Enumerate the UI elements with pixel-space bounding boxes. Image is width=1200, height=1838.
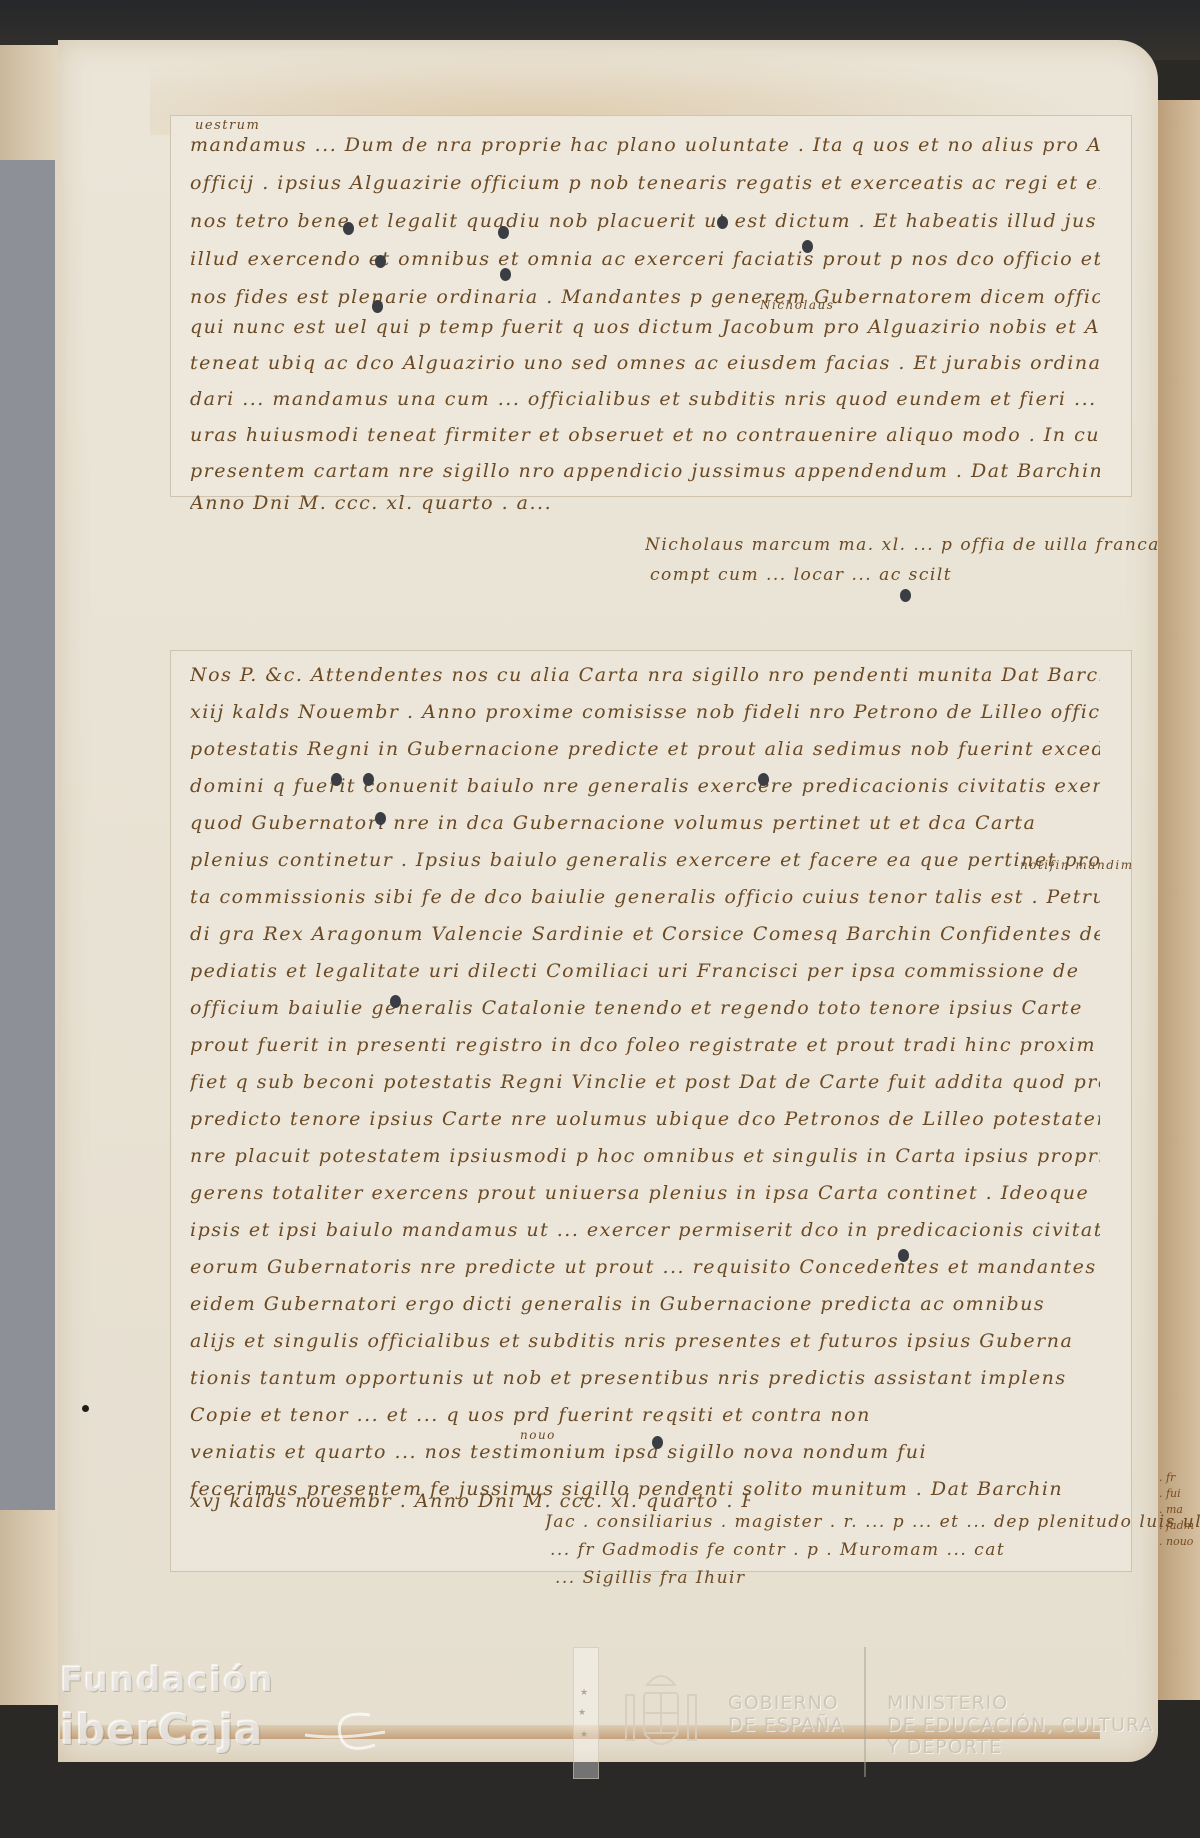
bottom-dark-background <box>0 1750 1200 1838</box>
text-line: presentem cartam nre sigillo nro appendi… <box>190 456 1100 486</box>
text-line: uras huiusmodi teneat firmiter et obseru… <box>190 420 1100 450</box>
spain-coat-of-arms-icon <box>622 1665 700 1755</box>
text-line: gerens totaliter exercens prout uniuersa… <box>190 1178 1100 1208</box>
text-line: qui nunc est uel qui p temp fuerit q uos… <box>190 312 1100 342</box>
watermark-divider <box>864 1647 866 1777</box>
worm-hole <box>652 1436 663 1449</box>
text-line: potestatis Regni in Gubernacione predict… <box>190 734 1100 764</box>
spain-flag-stars-icon: ★ ★ ★ <box>573 1647 599 1779</box>
worm-hole <box>717 216 728 229</box>
text-line: Nos P. &c. Attendentes nos cu alia Carta… <box>190 660 1100 690</box>
text-line: prout fuerit in presenti registro in dco… <box>190 1030 1100 1060</box>
ibercaja-logo-icon <box>300 1700 390 1760</box>
text-line: nre placuit potestatem ipsiusmodi p hoc … <box>190 1141 1100 1171</box>
worm-hole <box>375 255 386 268</box>
subscription-line: ... fr Gadmodis fe contr . p . Muromam .… <box>550 1540 1005 1560</box>
text-line: predicto tenore ipsius Carte nre uolumus… <box>190 1104 1100 1134</box>
text-line: alijs et singulis officialibus et subdit… <box>190 1326 1100 1356</box>
watermark-ministry: MINISTERIO DE EDUCACIÓN, CULTURA Y DEPOR… <box>887 1692 1153 1758</box>
text-line: di gra Rex Aragonum Valencie Sardinie et… <box>190 919 1100 949</box>
adjacent-folio-text: ... fr ... fui ... ma ... fadm ... nouo <box>1152 1470 1200 1550</box>
text-line: eorum Gubernatoris nre predicte ut prout… <box>190 1252 1100 1282</box>
text-line: mandamus ... Dum de nra proprie hac plan… <box>190 130 1100 160</box>
text-line: quod Gubernatori nre in dca Gubernacione… <box>190 808 1100 838</box>
text-line: nos fides est plenarie ordinaria . Manda… <box>190 282 1100 312</box>
worm-hole <box>900 589 911 602</box>
text-line: officium baiulie generalis Catalonie ten… <box>190 993 1100 1023</box>
text-line: tionis tantum opportunis ut nob et prese… <box>190 1363 1100 1393</box>
text-line: illud exercendo et omnibus et omnia ac e… <box>190 244 1100 274</box>
subscription-line: Jac . consiliarius . magister . r. ... p… <box>545 1512 1200 1532</box>
text-line: Copie et tenor ... et ... q uos prd fuer… <box>190 1400 1100 1430</box>
worm-hole <box>758 773 769 786</box>
note-line: Nicholaus marcum ma. xl. ... p offia de … <box>645 535 1160 555</box>
text-line: xiij kalds Nouembr . Anno proxime comisi… <box>190 697 1100 727</box>
note-line: compt cum ... locar ... ac scilt <box>650 565 952 585</box>
watermark-government: GOBIERNO DE ESPAÑA <box>728 1692 844 1736</box>
worm-hole <box>331 773 342 786</box>
text-line: eidem Gubernatori ergo dicti generalis i… <box>190 1289 1100 1319</box>
text-line: teneat ubiq ac dco Alguazirio uno sed om… <box>190 348 1100 378</box>
worm-hole <box>898 1249 909 1262</box>
grey-scan-card <box>0 160 55 1510</box>
worm-hole <box>802 240 813 253</box>
text-line: Anno Dni M. ccc. xl. quarto . a... <box>190 488 590 518</box>
text-line: domini q fuerit conuenit baiulo nre gene… <box>190 771 1100 801</box>
text-line: dari ... mandamus una cum ... officialib… <box>190 384 1100 414</box>
text-line: ta commissionis sibi fe de dco baiulie g… <box>190 882 1100 912</box>
worm-hole <box>375 812 386 825</box>
text-line: veniatis et quarto ... nos testimonium i… <box>190 1437 1100 1467</box>
worm-hole <box>372 300 383 313</box>
text-line: pediatis et legalitate uri dilecti Comil… <box>190 956 1100 986</box>
worm-hole <box>500 268 511 281</box>
interlinear-note: Nicholaus <box>760 298 834 312</box>
interlinear-note: nouo <box>520 1428 556 1442</box>
watermark-foundation-line1: Fundación <box>60 1660 275 1700</box>
text-line: officij . ipsius Alguazirie officium p n… <box>190 168 1100 198</box>
worm-hole <box>82 1405 89 1412</box>
text-line: plenius continetur . Ipsius baiulo gener… <box>190 845 1100 875</box>
subscription-line: ... Sigillis fra Ihuir <box>555 1568 746 1588</box>
worm-hole <box>343 222 354 235</box>
worm-hole <box>390 995 401 1008</box>
worm-hole <box>363 773 374 786</box>
text-line: nos tetro bene et legalit quadiu nob pla… <box>190 206 1100 236</box>
text-line: fiet q sub beconi potestatis Regni Vincl… <box>190 1067 1100 1097</box>
interlinear-note: notifin mandim <box>1020 858 1134 872</box>
worm-hole <box>498 226 509 239</box>
watermark-foundation-line2: iberCaja <box>60 1705 264 1754</box>
text-line: ipsis et ipsi baiulo mandamus ut ... exe… <box>190 1215 1100 1245</box>
